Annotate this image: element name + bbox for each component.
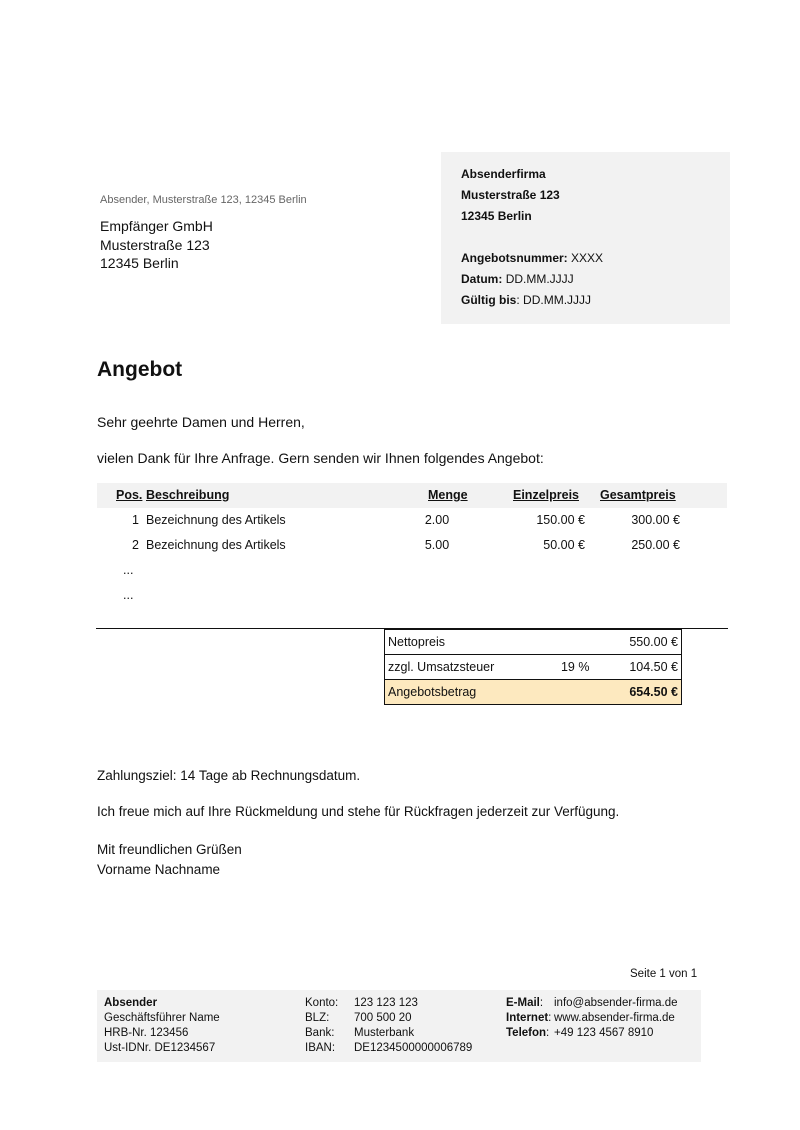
- row-pos: 2: [97, 538, 139, 552]
- footer-phone: Telefon:+49 123 4567 8910: [506, 1026, 678, 1041]
- offer-valid-until: Gültig bis: DD.MM.JJJJ: [461, 290, 603, 311]
- header-total-price: Gesamtpreis: [600, 488, 676, 502]
- row-unit-price: 150.00 €: [497, 513, 585, 527]
- valid-until-sep: :: [516, 293, 519, 307]
- footer-website: Internet:www.absender-firma.de: [506, 1011, 678, 1026]
- offer-number: Angebotsnummer: XXXX: [461, 248, 603, 269]
- recipient-name: Empfänger GmbH: [100, 217, 213, 236]
- sender-return-address: Absender, Musterstraße 123, 12345 Berlin: [100, 194, 307, 206]
- vat-rate: 19 %: [550, 655, 601, 680]
- net-price-value: 550.00 €: [601, 630, 682, 655]
- valid-until-label: Gültig bis: [461, 293, 516, 307]
- footer-contact: E-Mail:info@absender-firma.de Internet:w…: [506, 996, 678, 1041]
- table-row-ellipsis: ...: [97, 558, 727, 583]
- page-number: Seite 1 von 1: [630, 968, 697, 980]
- valid-until-value: DD.MM.JJJJ: [523, 293, 591, 307]
- footer-email: E-Mail:info@absender-firma.de: [506, 996, 678, 1011]
- greeting: Sehr geehrte Damen und Herren,: [97, 414, 305, 430]
- row-total-price: 250.00 €: [592, 538, 680, 552]
- footer-bank-iban: IBAN:DE1234500000006789: [305, 1041, 472, 1056]
- items-table-header: Pos. Beschreibung Menge Einzelpreis Gesa…: [97, 483, 727, 508]
- table-row-ellipsis: ...: [97, 583, 727, 608]
- offer-date-value: DD.MM.JJJJ: [506, 272, 574, 286]
- footer-bank-account: Konto:123 123 123: [305, 996, 472, 1011]
- footer-bank: Konto:123 123 123 BLZ:700 500 20 Bank:Mu…: [305, 996, 472, 1056]
- footer-vat-id: Ust-IDNr. DE1234567: [104, 1041, 220, 1056]
- offer-number-value: XXXX: [571, 251, 603, 265]
- offer-total-value: 654.50 €: [601, 680, 682, 705]
- row-description: Bezeichnung des Artikels: [146, 538, 286, 552]
- sender-info-box: Absenderfirma Musterstraße 123 12345 Ber…: [441, 152, 730, 324]
- footer: Absender Geschäftsführer Name HRB-Nr. 12…: [97, 990, 701, 1062]
- signature-block: Mit freundlichen Grüßen Vorname Nachname: [97, 840, 242, 880]
- email-link[interactable]: info@absender-firma.de: [554, 996, 678, 1011]
- offer-date-label: Datum:: [461, 272, 502, 286]
- row-unit-price: 50.00 €: [497, 538, 585, 552]
- net-price-row: Nettopreis 550.00 €: [385, 630, 682, 655]
- row-description: Bezeichnung des Artikels: [146, 513, 286, 527]
- offer-total-label: Angebotsbetrag: [385, 680, 550, 705]
- recipient-street: Musterstraße 123: [100, 236, 213, 255]
- table-row: 2 Bezeichnung des Artikels 5.00 50.00 € …: [97, 533, 727, 558]
- regards: Mit freundlichen Grüßen: [97, 840, 242, 860]
- footer-company-name: Absender: [104, 996, 220, 1011]
- vat-row: zzgl. Umsatzsteuer 19 % 104.50 €: [385, 655, 682, 680]
- header-pos: Pos.: [116, 488, 142, 502]
- offer-date: Datum: DD.MM.JJJJ: [461, 269, 603, 290]
- intro-text: vielen Dank für Ihre Anfrage. Gern sende…: [97, 450, 544, 466]
- header-unit-price: Einzelpreis: [513, 488, 579, 502]
- payment-terms: Zahlungsziel: 14 Tage ab Rechnungsdatum.: [97, 768, 360, 783]
- vat-value: 104.50 €: [601, 655, 682, 680]
- table-row: 1 Bezeichnung des Artikels 2.00 150.00 €…: [97, 508, 727, 533]
- sender-street: Musterstraße 123: [461, 185, 603, 206]
- vat-label: zzgl. Umsatzsteuer: [385, 655, 550, 680]
- footer-hrb: HRB-Nr. 123456: [104, 1026, 220, 1041]
- row-quantity: 2.00: [397, 513, 477, 527]
- document-title: Angebot: [97, 358, 182, 382]
- ellipsis: ...: [123, 588, 133, 602]
- totals-table: Nettopreis 550.00 € zzgl. Umsatzsteuer 1…: [384, 629, 682, 705]
- footer-bank-name: Bank:Musterbank: [305, 1026, 472, 1041]
- header-description: Beschreibung: [146, 488, 229, 502]
- website-link[interactable]: www.absender-firma.de: [554, 1011, 675, 1026]
- footer-company: Absender Geschäftsführer Name HRB-Nr. 12…: [104, 996, 220, 1056]
- offer-total-row: Angebotsbetrag 654.50 €: [385, 680, 682, 705]
- row-quantity: 5.00: [397, 538, 477, 552]
- sender-company: Absenderfirma: [461, 164, 603, 185]
- footer-bank-blz: BLZ:700 500 20: [305, 1011, 472, 1026]
- offer-number-label: Angebotsnummer:: [461, 251, 568, 265]
- recipient-address: Empfänger GmbH Musterstraße 123 12345 Be…: [100, 217, 213, 273]
- closing-text: Ich freue mich auf Ihre Rückmeldung und …: [97, 804, 619, 819]
- sender-city: 12345 Berlin: [461, 206, 603, 227]
- ellipsis: ...: [123, 563, 133, 577]
- row-pos: 1: [97, 513, 139, 527]
- recipient-city: 12345 Berlin: [100, 254, 213, 273]
- signature-name: Vorname Nachname: [97, 860, 242, 880]
- net-price-label: Nettopreis: [385, 630, 550, 655]
- footer-ceo: Geschäftsführer Name: [104, 1011, 220, 1026]
- phone-number: +49 123 4567 8910: [554, 1026, 653, 1041]
- header-quantity: Menge: [428, 488, 468, 502]
- row-total-price: 300.00 €: [592, 513, 680, 527]
- items-table: Pos. Beschreibung Menge Einzelpreis Gesa…: [97, 483, 727, 608]
